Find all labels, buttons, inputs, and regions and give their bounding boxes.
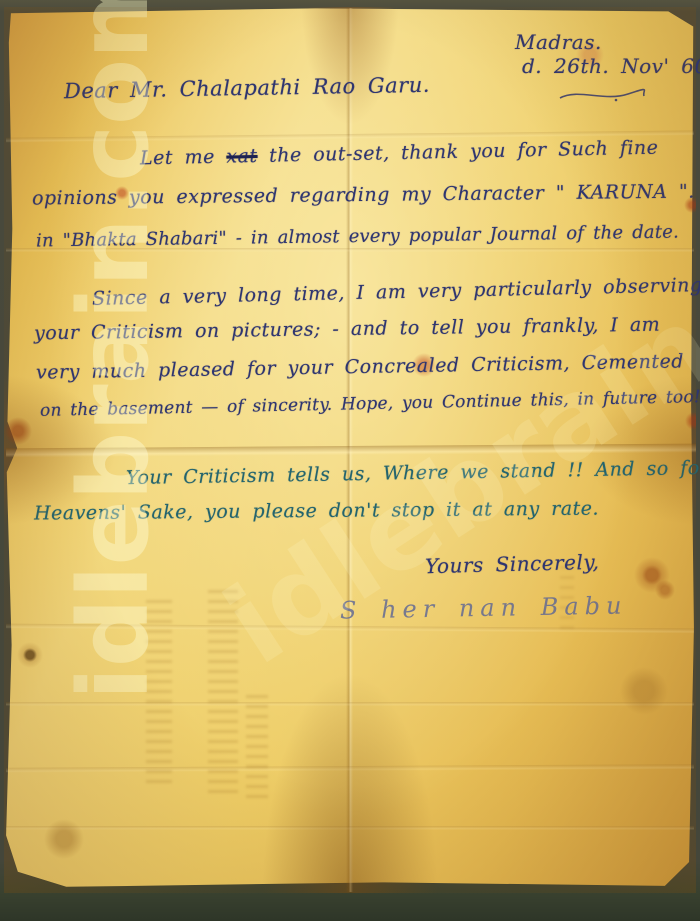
date-line: d. 26th. Nov' 60 <box>522 54 700 78</box>
closing-line: Yours Sincerely, <box>425 550 600 579</box>
place-line: Madras. <box>515 30 602 54</box>
struck-out-word: xat <box>226 145 258 168</box>
signature: S her nan Babu <box>340 591 628 624</box>
body-text: Let me <box>140 146 227 170</box>
date-flourish-icon <box>556 86 648 104</box>
scanned-letter: Madras. d. 26th. Nov' 60 Dear Mr. Chalap… <box>0 0 700 921</box>
